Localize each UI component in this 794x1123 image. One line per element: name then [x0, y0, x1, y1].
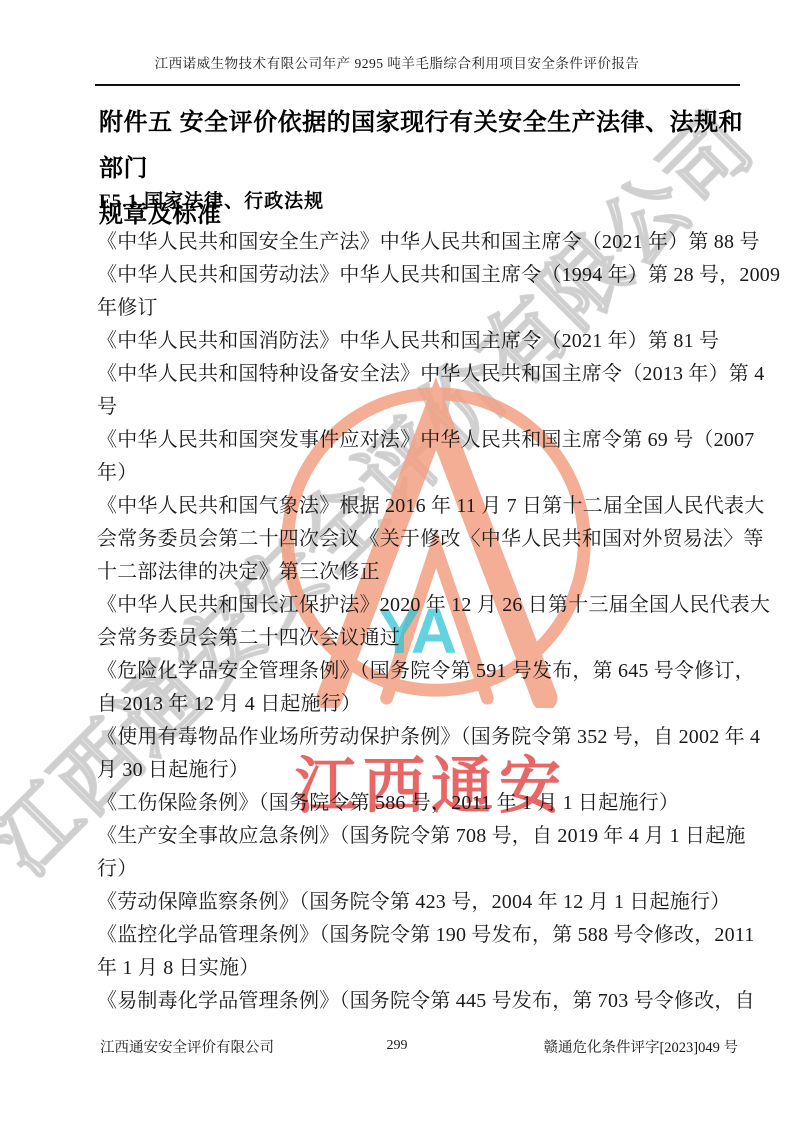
body-line: 《生产安全事故应急条例》（国务院令第 708 号，自 2019 年 4 月 1 …	[97, 820, 729, 853]
body-line: 会常务委员会第二十四次会议《关于修改〈中华人民共和国对外贸易法〉等	[97, 523, 729, 556]
body-line: 《中华人民共和国长江保护法》2020 年 12 月 26 日第十三届全国人民代表…	[97, 589, 729, 622]
page-content: 江西诺威生物技术有限公司年产 9295 吨羊毛脂综合利用项目安全条件评价报告 附…	[0, 0, 794, 1123]
body-line: 《中华人民共和国气象法》根据 2016 年 11 月 7 日第十二届全国人民代表…	[97, 490, 729, 523]
page-title-line1: 附件五 安全评价依据的国家现行有关安全生产法律、法规和部门	[99, 100, 749, 192]
body-line: 年修订	[97, 292, 729, 325]
body-line: 月 30 日起施行）	[97, 754, 729, 787]
footer-doc-number: 赣通危化条件评字[2023]049 号	[543, 1036, 738, 1057]
body-line: 行）	[97, 853, 729, 886]
body-line: 《工伤保险条例》（国务院令第 586 号，2011 年 1 月 1 日起施行）	[97, 787, 729, 820]
body-line: 《危险化学品安全管理条例》（国务院令第 591 号发布，第 645 号令修订，	[97, 655, 729, 688]
section-heading: F5.1 国家法律、行政法规	[99, 186, 324, 213]
page-title: 附件五 安全评价依据的国家现行有关安全生产法律、法规和部门 规章及标准	[99, 100, 749, 238]
body-line: 《劳动保障监察条例》（国务院令第 423 号，2004 年 12 月 1 日起施…	[97, 886, 729, 919]
body-line: 十二部法律的决定》第三次修正	[97, 556, 729, 589]
body-text: 《中华人民共和国安全生产法》中华人民共和国主席令（2021 年）第 88 号 《…	[97, 226, 729, 1018]
document-page: 江西通安安全评价有限公司 YA 江西通安 江西诺威生物技术有限公司年产 9295…	[0, 0, 794, 1123]
body-line: 自 2013 年 12 月 4 日起施行）	[97, 688, 729, 721]
body-line: 年 1 月 8 日实施）	[97, 952, 729, 985]
body-line: 会常务委员会第二十四次会议通过	[97, 622, 729, 655]
body-line: 《中华人民共和国特种设备安全法》中华人民共和国主席令（2013 年）第 4	[97, 358, 729, 391]
header-title: 江西诺威生物技术有限公司年产 9295 吨羊毛脂综合利用项目安全条件评价报告	[0, 52, 794, 72]
body-line: 年）	[97, 457, 729, 490]
body-line: 《中华人民共和国突发事件应对法》中华人民共和国主席令第 69 号（2007	[97, 424, 729, 457]
body-line: 号	[97, 391, 729, 424]
page-footer: 江西通安安全评价有限公司 299 赣通危化条件评字[2023]049 号	[0, 1036, 794, 1058]
body-line: 《中华人民共和国消防法》中华人民共和国主席令（2021 年）第 81 号	[97, 325, 729, 358]
header-rule	[95, 84, 740, 86]
body-line: 《中华人民共和国劳动法》中华人民共和国主席令（1994 年）第 28 号，200…	[97, 259, 729, 292]
body-line: 《中华人民共和国安全生产法》中华人民共和国主席令（2021 年）第 88 号	[97, 226, 729, 259]
body-line: 《使用有毒物品作业场所劳动保护条例》（国务院令第 352 号，自 2002 年 …	[97, 721, 729, 754]
body-line: 《监控化学品管理条例》（国务院令第 190 号发布，第 588 号令修改，201…	[97, 919, 729, 952]
body-line: 《易制毒化学品管理条例》（国务院令第 445 号发布，第 703 号令修改，自	[97, 985, 729, 1018]
